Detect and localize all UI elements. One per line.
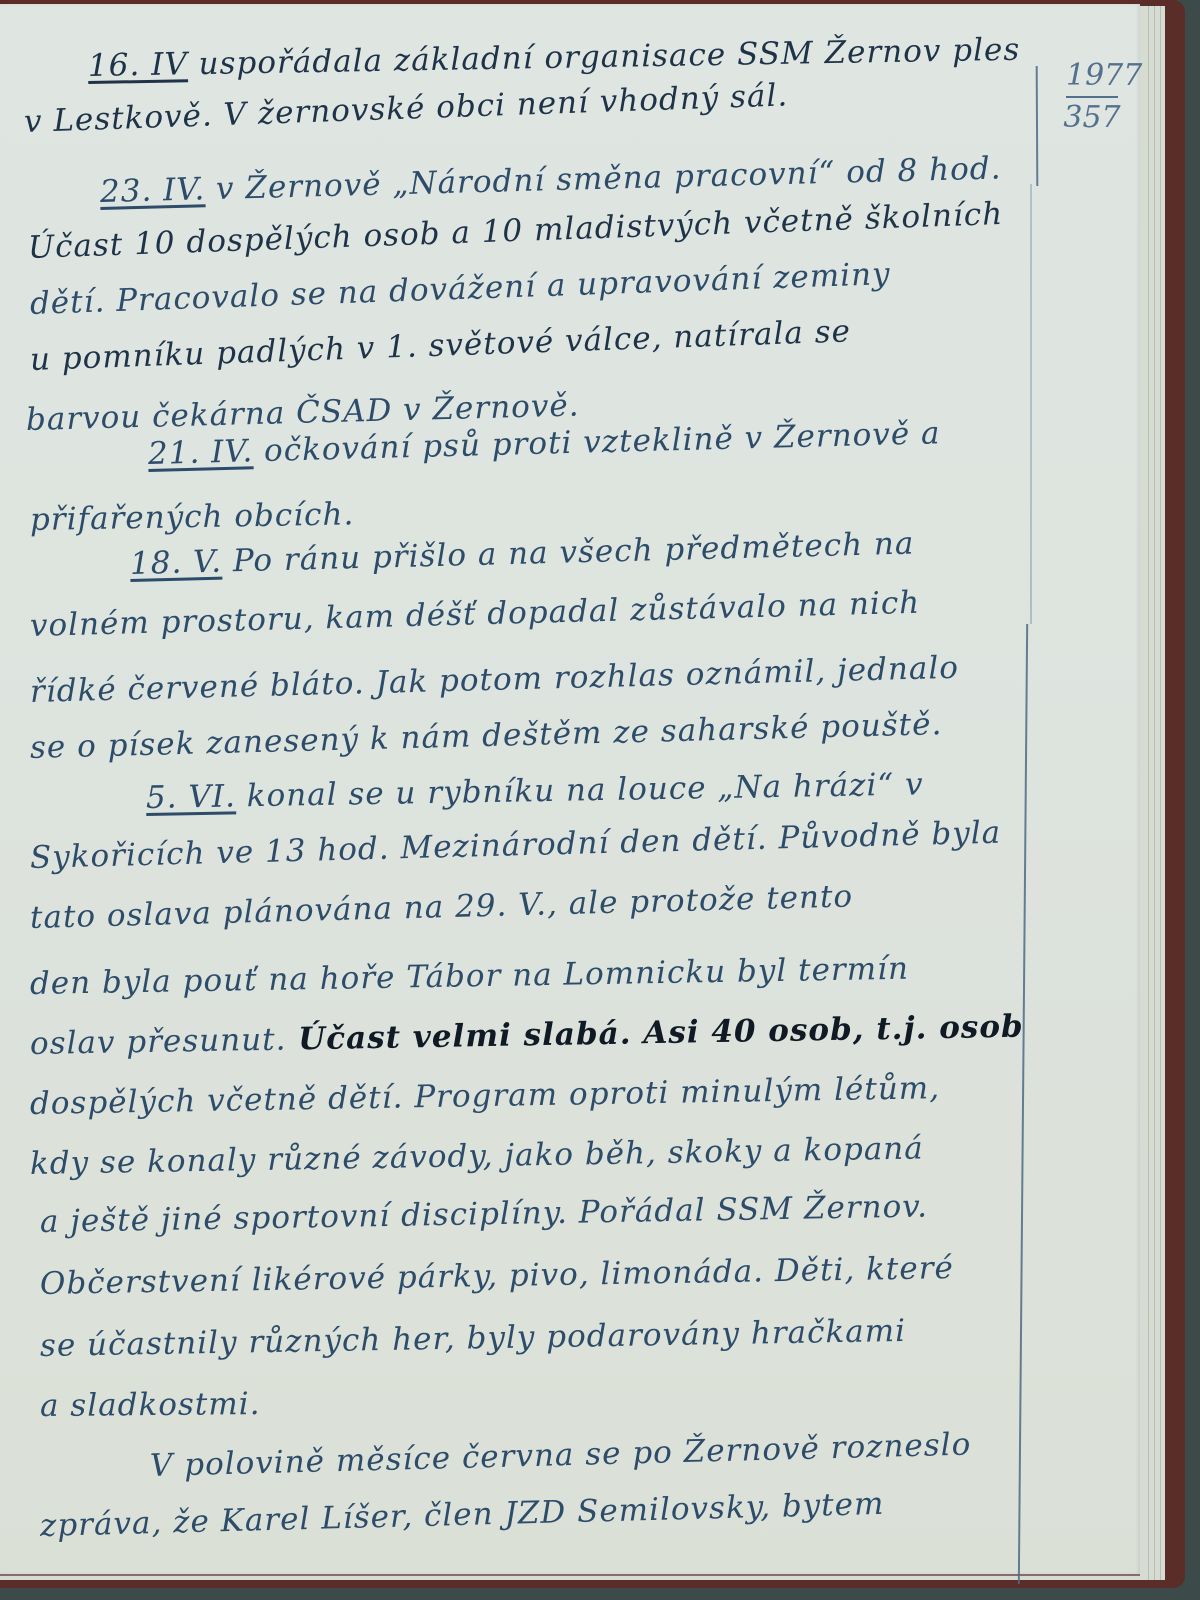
page-edge bbox=[1148, 6, 1149, 1580]
text-line: 5. VI. konal se u rybníku na louce „Na h… bbox=[146, 766, 924, 816]
chronicle-page: 1977 357 16. IV uspořádala základní orga… bbox=[0, 4, 1140, 1576]
text-line: V polovině měsíce června se po Žernově r… bbox=[150, 1427, 972, 1484]
margin-rule bbox=[1036, 66, 1038, 186]
text-line: den byla pouť na hoře Tábor na Lomnicku … bbox=[30, 951, 910, 1002]
entry-date: 21. IV. bbox=[148, 433, 254, 472]
text-line: dospělých včetně dětí. Program oproti mi… bbox=[30, 1070, 941, 1122]
entry-date: 18. V. bbox=[130, 544, 223, 582]
text-line: tato oslava plánována na 29. V., ale pro… bbox=[30, 878, 854, 936]
text-line: Sykořicích ve 13 hod. Mezinárodní den dě… bbox=[30, 815, 1002, 876]
text-line: kdy se konaly různé závody, jako běh, sk… bbox=[30, 1130, 924, 1182]
emphasized-text: Účast velmi slabá. Asi 40 osob, t.j. oso… bbox=[286, 1009, 1024, 1058]
entry-date: 5. VI. bbox=[146, 778, 237, 816]
text-line: u pomníku padlých v 1. světové válce, na… bbox=[29, 313, 851, 378]
text-line: Občerstvení likérové párky, pivo, limoná… bbox=[40, 1250, 954, 1302]
text-line: 16. IV uspořádala základní organisace SS… bbox=[88, 32, 1021, 84]
margin-page-number: 357 bbox=[1052, 98, 1132, 138]
margin-note: 1977 357 bbox=[1052, 56, 1132, 138]
margin-year: 1977 bbox=[1066, 56, 1118, 98]
text-line: a sladkostmi. bbox=[40, 1386, 261, 1424]
text-line: v Lestkově. V žernovské obci není vhodný… bbox=[23, 77, 788, 140]
entry-date: 23. IV. bbox=[100, 171, 206, 210]
text-line: a ještě jiné sportovní disciplíny. Pořád… bbox=[40, 1189, 929, 1240]
photo-frame: 1977 357 16. IV uspořádala základní orga… bbox=[0, 0, 1200, 1600]
margin-rule bbox=[1030, 184, 1032, 624]
text-line: volném prostoru, kam déšť dopadal zůstáv… bbox=[30, 585, 921, 644]
text-line: přifařených obcích. bbox=[30, 496, 355, 538]
text-line: dětí. Pracovalo se na dovážení a upravov… bbox=[29, 256, 891, 322]
text-line: se účastnily různých her, byly podarován… bbox=[40, 1313, 907, 1364]
page-edge bbox=[1154, 6, 1155, 1580]
page-edge bbox=[1160, 6, 1161, 1580]
entry-date: 16. IV bbox=[88, 46, 188, 84]
text-line: oslav přesunut. Účast velmi slabá. Asi 4… bbox=[30, 1009, 1024, 1062]
text-line: se o písek zanesený k nám deštěm ze saha… bbox=[30, 706, 943, 766]
margin-rule bbox=[1018, 624, 1028, 1584]
text-line: zpráva, že Karel Líšer, člen JZD Semilov… bbox=[40, 1486, 885, 1544]
text-line: řídké červené bláto. Jak potom rozhlas o… bbox=[30, 650, 960, 710]
